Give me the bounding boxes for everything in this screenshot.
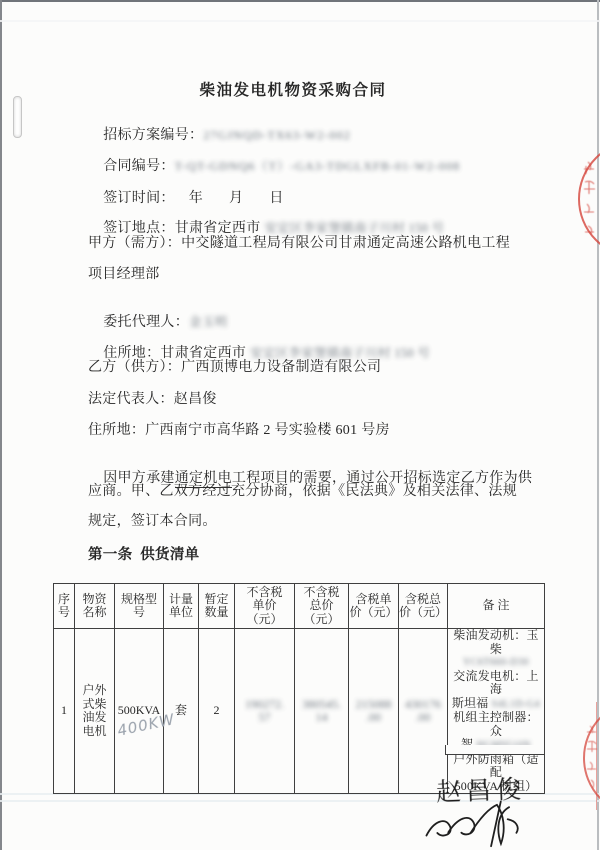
redacted-alternator-model: S4L1D-G4 <box>492 699 540 710</box>
redacted-party-a-address: 安定区李家堡镇南子川村 150 号 <box>250 346 430 360</box>
sign-place-label: 签订地点：甘肃省定西市 <box>103 221 260 236</box>
header-material-name: 物资 名称 <box>75 584 115 629</box>
document-title: 柴油发电机物资采购合同 <box>0 78 586 100</box>
party-a-line2: 项目经理部 <box>88 266 160 283</box>
header-price-inc-total: 含税总 价（元） <box>399 584 448 629</box>
redacted-agent-name: 金玉明 <box>189 315 227 329</box>
redacted-bid-plan-number: 27GJNQD-TX63-W2-002 <box>203 128 351 142</box>
cell-seq: 1 <box>54 629 75 794</box>
redacted-sign-place-address: 安定区李家堡镇南子川村 150 号 <box>264 221 444 235</box>
red-seal-top-characters <box>581 156 600 242</box>
scan-streak <box>0 20 600 22</box>
header-price-inc-unit: 含税单 价（元） <box>349 584 399 629</box>
remark-cell-extension <box>445 745 545 755</box>
party-a-line1: 甲方（需方）：中交隧道工程局有限公司甘肃通定高速公路机电工程 <box>88 235 510 252</box>
party-b-address-line: 住所地：广西南宁市高华路 2 号实验楼 601 号房 <box>88 422 390 439</box>
header-price-ex-unit: 不含税 单价 （元） <box>235 584 295 629</box>
redacted-engine-model: YC6T660-D30 <box>448 656 544 670</box>
preamble-line3: 规定，签订本合同。 <box>88 513 217 530</box>
remark-line-alternator2: 斯坦福 S4L1D-G4 <box>448 697 544 712</box>
contract-number-label: 合同编号： <box>103 159 175 174</box>
scan-edge-left <box>0 0 2 850</box>
header-remark: 备 注 <box>448 584 545 629</box>
header-unit: 计量 单位 <box>164 584 199 629</box>
header-seq: 序 号 <box>54 584 75 629</box>
remark-line-controller: 机组主控制器：众 <box>448 711 544 738</box>
cell-qty: 2 <box>199 629 235 794</box>
redacted-price-ex-total: 380545. 14 <box>295 629 349 794</box>
binding-hole <box>13 96 22 138</box>
preamble-line2: 应商。甲、乙双方经过充分协商，依据《民法典》及相关法律、法规 <box>88 483 517 500</box>
scan-edge-top <box>0 0 600 2</box>
redacted-price-ex-unit: 190272. 57 <box>235 629 295 794</box>
remark-line-alternator: 交流发电机：上海 <box>448 670 544 697</box>
section1-heading: 第一条 供货清单 <box>88 547 199 564</box>
redacted-price-inc-unit: 215088 .00 <box>349 629 399 794</box>
legal-representative-line: 法定代表人：赵昌俊 <box>88 391 217 408</box>
cell-spec-model: 500KVA <box>115 629 164 794</box>
header-price-ex-total: 不含税 总价 （元） <box>295 584 349 629</box>
header-qty: 暂定 数量 <box>199 584 235 629</box>
cell-remark: 柴油发动机：玉柴 YC6T660-D30 交流发电机：上海 斯坦福 S4L1D-… <box>448 629 545 794</box>
remark-line-engine: 柴油发动机：玉柴 <box>448 629 544 656</box>
redacted-contract-number: T-QT-GDNQ6（T）-GA3-TDGLXFB-01-W2-008 <box>175 159 461 173</box>
scanned-contract-page: 柴油发电机物资采购合同 招标方案编号：27GJNQD-TX63-W2-002 合… <box>0 0 600 850</box>
header-spec-model: 规格型 号 <box>115 584 164 629</box>
red-seal-bottom-characters <box>585 722 599 792</box>
remark-alternator-brand: 斯坦福 <box>452 696 492 710</box>
table-header-row: 序 号 物资 名称 规格型 号 计量 单位 暂定 数量 不含税 单价 （元） 不… <box>54 584 545 629</box>
party-b-line: 乙方（供方）：广西顶博电力设备制造有限公司 <box>88 359 381 376</box>
redacted-price-inc-total: 430176 .00 <box>399 629 448 794</box>
supply-list-table: 序 号 物资 名称 规格型 号 计量 单位 暂定 数量 不含税 单价 （元） 不… <box>53 583 545 794</box>
signature-scribble <box>419 798 531 850</box>
table-row: 1 户外 式柴 油发 电机 500KVA 套 2 190272. 57 3805… <box>54 629 545 794</box>
cell-material-name: 户外 式柴 油发 电机 <box>75 629 115 794</box>
